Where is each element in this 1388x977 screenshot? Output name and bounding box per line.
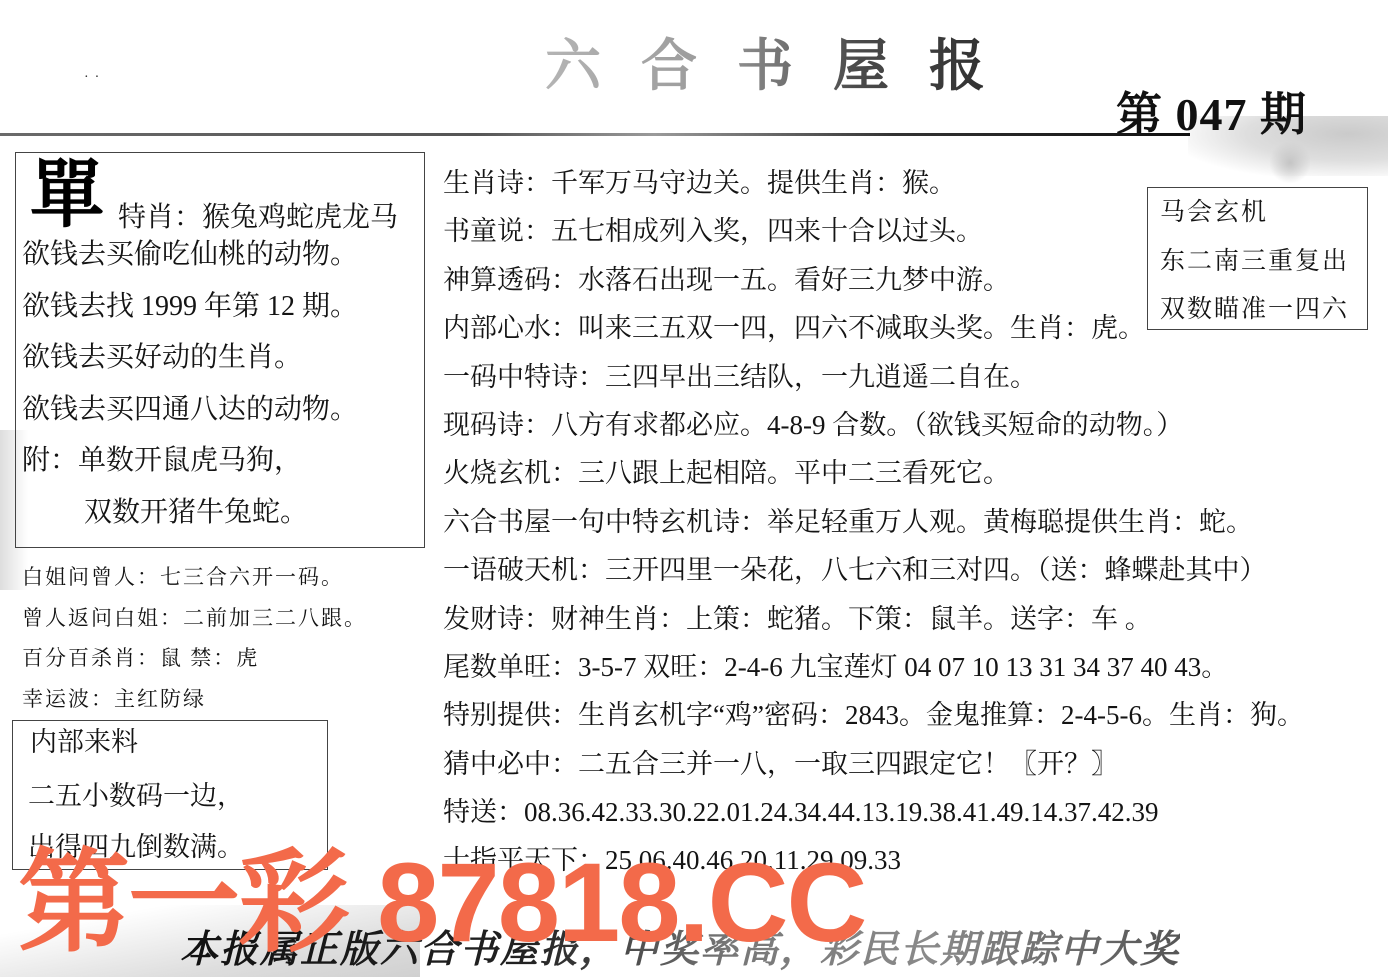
riddle-line: 欲钱去找 1999 年第 12 期。 — [22, 281, 358, 333]
riddle-lines: 欲钱去买偷吃仙桃的动物。 欲钱去找 1999 年第 12 期。 欲钱去买好动的生… — [22, 229, 358, 538]
main-line: 现码诗：八方有求都必应。4-8-9 合数。（欲钱买短命的动物。） — [443, 401, 1304, 449]
masthead-title: 六合书屋报 — [545, 22, 1025, 102]
line-text: 08.36.42.33.30.22.01.24.34.44.13.19.38.4… — [524, 797, 1159, 827]
line-label: 尾数单旺： — [443, 652, 578, 682]
line-text: 千军万马守边关。提供生肖：猴。 — [551, 168, 956, 198]
line-text: 三八跟上起相陪。平中二三看死它。 — [578, 458, 1010, 488]
line-label: 书童说： — [443, 216, 551, 246]
site-watermark: 第一彩 87818.CC — [18, 838, 865, 968]
main-line: 特别提供：生肖玄机字“鸡”密码：2843。金鬼推算：2-4-5-6。生肖：狗。 — [443, 691, 1304, 739]
line-label: 生肖诗： — [443, 168, 551, 198]
note-line: 百分百杀肖：鼠 禁：虎 — [22, 638, 367, 679]
line-text: 三四早出三结队，一九逍遥二自在。 — [605, 362, 1037, 392]
line-text: 水落石出现一五。看好三九梦中游。 — [578, 265, 1010, 295]
line-text: 叫来三五双一四，四六不减取头奖。生肖：虎。 — [578, 313, 1145, 343]
line-label: 特送： — [443, 797, 524, 827]
line-label: 火烧玄机： — [443, 458, 578, 488]
note-line: 幸运波：主红防绿 — [22, 679, 367, 720]
riddle-line: 欲钱去买偷吃仙桃的动物。 — [22, 229, 358, 281]
main-line: 猜中必中：二五合三并一八，一取三四跟定它！〖开？〗 — [443, 740, 1304, 788]
line-text: 举足轻重万人观。黄梅聪提供生肖：蛇。 — [767, 507, 1253, 537]
line-label: 发财诗： — [443, 604, 551, 634]
line-text: 二五合三并一八，一取三四跟定它！〖开？〗 — [578, 749, 1118, 779]
line-text: 生肖玄机字“鸡”密码：2843。金鬼推算：2-4-5-6。生肖：狗。 — [578, 700, 1304, 730]
line-label: 一语破天机： — [443, 555, 605, 585]
header-divider — [0, 133, 1190, 136]
left-notes: 白姐问曾人：七三合六开一码。 曾人返问白姐：二前加三二八跟。 百分百杀肖：鼠 禁… — [22, 557, 367, 720]
note-line: 白姐问曾人：七三合六开一码。 — [22, 557, 367, 598]
line-text: 3-5-7 双旺：2-4-6 九宝莲灯 04 07 10 13 31 34 37… — [578, 652, 1228, 682]
main-line: 神算透码：水落石出现一五。看好三九梦中游。 — [443, 256, 1304, 304]
riddle-line: 欲钱去买好动的生肖。 — [22, 332, 358, 384]
line-label: 六合书屋一句中特玄机诗： — [443, 507, 767, 537]
main-line: 书童说：五七相成列入奖，四来十合以过头。 — [443, 207, 1304, 255]
line-text: 八方有求都必应。4-8-9 合数。（欲钱买短命的动物。） — [551, 410, 1183, 440]
insider-info-title: 内部来料 — [30, 724, 138, 760]
main-line: 特送：08.36.42.33.30.22.01.24.34.44.13.19.3… — [443, 788, 1304, 836]
main-line: 六合书屋一句中特玄机诗：举足轻重万人观。黄梅聪提供生肖：蛇。 — [443, 498, 1304, 546]
line-text: 财神生肖：上策：蛇猪。下策：鼠羊。送字：车 。 — [551, 604, 1152, 634]
line-text: 三开四里一朵花，八七六和三对四。（送：蜂蝶赴其中） — [605, 555, 1267, 585]
line-label: 特别提供： — [443, 700, 578, 730]
main-line: 火烧玄机：三八跟上起相陪。平中二三看死它。 — [443, 449, 1304, 497]
riddle-line: 欲钱去买四通八达的动物。 — [22, 384, 358, 436]
main-line: 生肖诗：千军万马守边关。提供生肖：猴。 — [443, 159, 1304, 207]
main-line: 一码中特诗：三四早出三结队，一九逍遥二自在。 — [443, 353, 1304, 401]
main-column: 生肖诗：千军万马守边关。提供生肖：猴。 书童说：五七相成列入奖，四来十合以过头。… — [443, 159, 1304, 885]
appendix-line: 双数开猪牛兔蛇。 — [22, 487, 358, 539]
line-label: 现码诗： — [443, 410, 551, 440]
line-label: 内部心水： — [443, 313, 578, 343]
line-label: 猜中必中： — [443, 749, 578, 779]
line-label: 神算透码： — [443, 265, 578, 295]
single-char-badge: 單 — [30, 150, 104, 240]
main-line: 内部心水：叫来三五双一四，四六不减取头奖。生肖：虎。 — [443, 304, 1304, 352]
insider-line: 二五小数码一边， — [28, 771, 244, 822]
main-line: 发财诗：财神生肖：上策：蛇猪。下策：鼠羊。送字：车 。 — [443, 595, 1304, 643]
appendix-line: 附：单数开鼠虎马狗， — [22, 435, 358, 487]
line-label: 一码中特诗： — [443, 362, 605, 392]
main-line: 一语破天机：三开四里一朵花，八七六和三对四。（送：蜂蝶赴其中） — [443, 546, 1304, 594]
note-line: 曾人返问白姐：二前加三二八跟。 — [22, 598, 367, 639]
main-line: 尾数单旺：3-5-7 双旺：2-4-6 九宝莲灯 04 07 10 13 31 … — [443, 643, 1304, 691]
line-text: 五七相成列入奖，四来十合以过头。 — [551, 216, 983, 246]
header-dots: ·· — [84, 70, 105, 86]
